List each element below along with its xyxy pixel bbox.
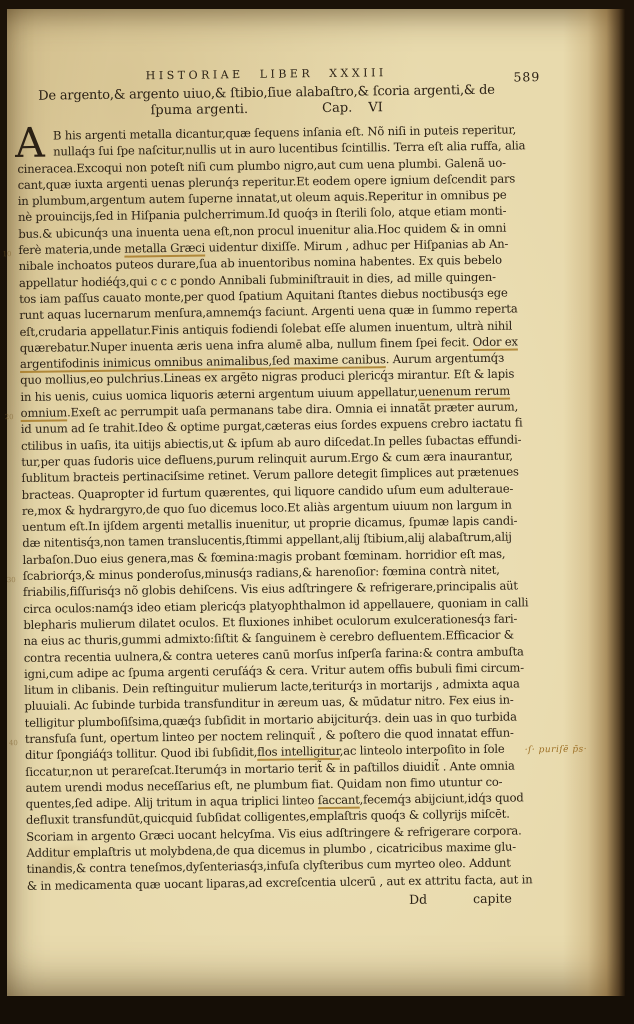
catchword: capite [473, 891, 512, 907]
ink-underline: Odor ex [473, 334, 518, 349]
chapter-label: Cap. [322, 101, 352, 117]
ink-underline: uenenum rerum [418, 383, 510, 398]
body-lines: A B his argenti metalla dicantur,quæ ſeq… [17, 121, 527, 893]
text-block: HISTORIAE LIBER XXXIII 589 De argento,& … [16, 52, 527, 913]
chapter-heading-text: ſpuma argenti. [150, 102, 248, 119]
chapter-number: VI [368, 100, 383, 116]
running-header: HISTORIAE LIBER XXXIII [16, 64, 516, 84]
ink-underline: omnium [21, 405, 68, 420]
chapter-number-group: Cap. VI [322, 100, 383, 117]
ink-underline: ſaccant [318, 793, 360, 808]
page-number: 589 [513, 69, 540, 84]
signature-row: Dd capite [27, 890, 527, 914]
margin-line-number: 30 [7, 572, 16, 588]
margin-line-number: 10 [2, 246, 11, 262]
ink-underline: flos intelligitur [257, 744, 340, 759]
book-fore-edge [563, 9, 625, 996]
signature-mark: Dd [409, 892, 427, 907]
margin-line-number: 40 [9, 735, 18, 751]
book-page: HISTORIAE LIBER XXXIII 589 De argento,& … [7, 9, 625, 996]
margin-line-number: 20 [5, 409, 14, 425]
ink-underline: metalla Græci [124, 241, 205, 256]
